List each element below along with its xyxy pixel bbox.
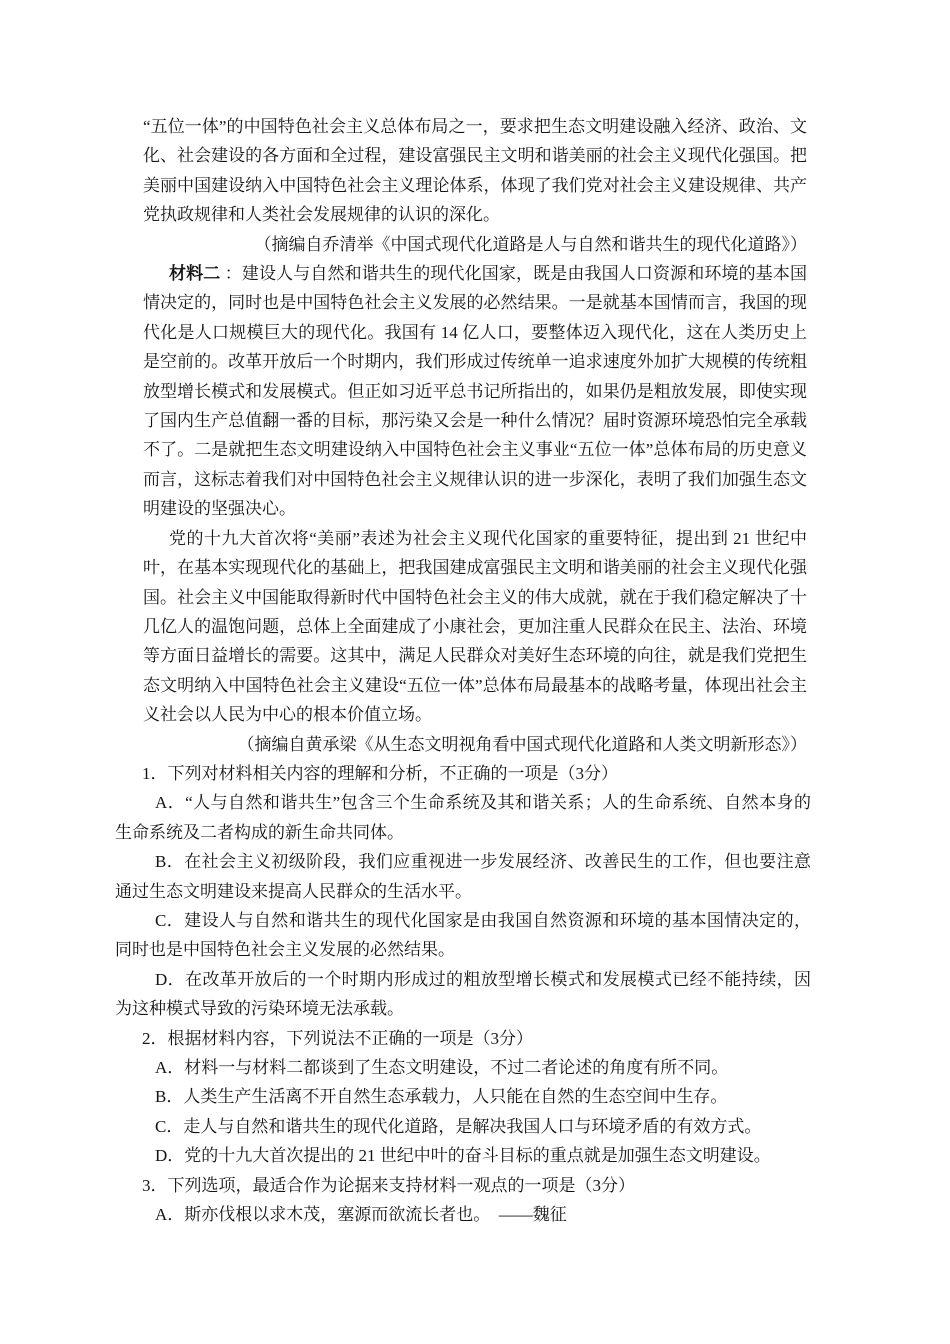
option-text: 走人与自然和谐共生的现代化道路，是解决我国人口与环境矛盾的有效方式。 <box>183 1117 761 1136</box>
question-2-option-c: C．走人与自然和谐共生的现代化道路，是解决我国人口与环境矛盾的有效方式。 <box>115 1112 811 1141</box>
material-two-paragraph-2: 党的十九大首次将“美丽”表述为社会主义现代化国家的重要特征，提出到 21 世纪中… <box>143 524 807 730</box>
option-label: C． <box>155 1117 183 1136</box>
question-1-option-c: C．建设人与自然和谐共生的现代化国家是由我国自然资源和环境的基本国情决定的，同时… <box>115 906 811 965</box>
option-text: 在改革开放后的一个时期内形成过的粗放型增长模式和发展模式已经不能持续，因为这种模… <box>115 970 811 1018</box>
exam-paper-page: “五位一体”的中国特色社会主义总体布局之一，要求把生态文明建设融入经济、政治、文… <box>0 0 950 1344</box>
material-two-paragraph-1: 材料二 ：建设人与自然和谐共生的现代化国家，既是由我国人口资源和环境的基本国情决… <box>143 259 807 524</box>
material-two-label: 材料二 <box>169 264 220 283</box>
question-1-option-a: A．“人与自然和谐共生”包含三个生命系统及其和谐关系；人的生命系统、自然本身的生… <box>115 788 811 847</box>
material-one-continued-paragraph: “五位一体”的中国特色社会主义总体布局之一，要求把生态文明建设融入经济、政治、文… <box>143 112 807 230</box>
question-3-option-a: A．斯亦伐根以求木茂，塞源而欲流长者也。 ——魏征 <box>115 1200 811 1229</box>
option-label: C． <box>155 911 184 930</box>
option-text: 材料一与材料二都谈到了生态文明建设，不过二者论述的角度有所不同。 <box>184 1058 728 1077</box>
option-text: 在社会主义初级阶段，我们应重视进一步发展经济、改善民生的工作，但也要注意通过生态… <box>115 852 811 900</box>
question-1-option-b: B．在社会主义初级阶段，我们应重视进一步发展经济、改善民生的工作，但也要注意通过… <box>115 847 811 906</box>
question-2-option-a: A．材料一与材料二都谈到了生态文明建设，不过二者论述的角度有所不同。 <box>115 1053 811 1082</box>
material-two-paragraph-1-text: 建设人与自然和谐共生的现代化国家，既是由我国人口资源和环境的基本国情决定的，同时… <box>143 264 807 518</box>
option-text: “人与自然和谐共生”包含三个生命系统及其和谐关系；人的生命系统、自然本身的生命系… <box>115 793 811 841</box>
option-text: 建设人与自然和谐共生的现代化国家是由我国自然资源和环境的基本国情决定的，同时也是… <box>115 911 811 959</box>
questions-block: 1．下列对材料相关内容的理解和分析，不正确的一项是（3分） A．“人与自然和谐共… <box>115 759 811 1230</box>
material-two-separator: ： <box>220 264 242 283</box>
question-1-stem: 1．下列对材料相关内容的理解和分析，不正确的一项是（3分） <box>115 759 811 788</box>
option-label: D． <box>155 970 185 989</box>
question-2-stem: 2．根据材料内容，下列说法不正确的一项是（3分） <box>115 1024 811 1053</box>
page-content: “五位一体”的中国特色社会主义总体布局之一，要求把生态文明建设融入经济、政治、文… <box>0 0 950 1229</box>
question-3-stem: 3．下列选项，最适合作为论据来支持材料一观点的一项是（3分） <box>115 1171 811 1200</box>
option-text: 斯亦伐根以求木茂，塞源而欲流长者也。 ——魏征 <box>184 1205 567 1224</box>
option-label: B． <box>155 1087 183 1106</box>
material-one-attribution: （摘编自乔清举《中国式现代化道路是人与自然和谐共生的现代化道路》） <box>143 230 807 259</box>
option-label: A． <box>155 793 185 812</box>
reading-materials-block: “五位一体”的中国特色社会主义总体布局之一，要求把生态文明建设融入经济、政治、文… <box>143 112 807 759</box>
option-label: B． <box>155 852 184 871</box>
question-2-option-b: B．人类生产生活离不开自然生态承载力，人只能在自然的生态空间中生存。 <box>115 1082 811 1111</box>
option-label: A． <box>155 1205 184 1224</box>
option-label: A． <box>155 1058 184 1077</box>
option-label: D． <box>155 1146 184 1165</box>
question-2-option-d: D．党的十九大首次提出的 21 世纪中叶的奋斗目标的重点就是加强生态文明建设。 <box>115 1141 811 1170</box>
option-text: 人类生产生活离不开自然生态承载力，人只能在自然的生态空间中生存。 <box>183 1087 727 1106</box>
question-1-option-d: D．在改革开放后的一个时期内形成过的粗放型增长模式和发展模式已经不能持续，因为这… <box>115 965 811 1024</box>
option-text: 党的十九大首次提出的 21 世纪中叶的奋斗目标的重点就是加强生态文明建设。 <box>184 1146 771 1165</box>
material-two-attribution: （摘编自黄承梁《从生态文明视角看中国式现代化道路和人类文明新形态》） <box>143 730 807 759</box>
